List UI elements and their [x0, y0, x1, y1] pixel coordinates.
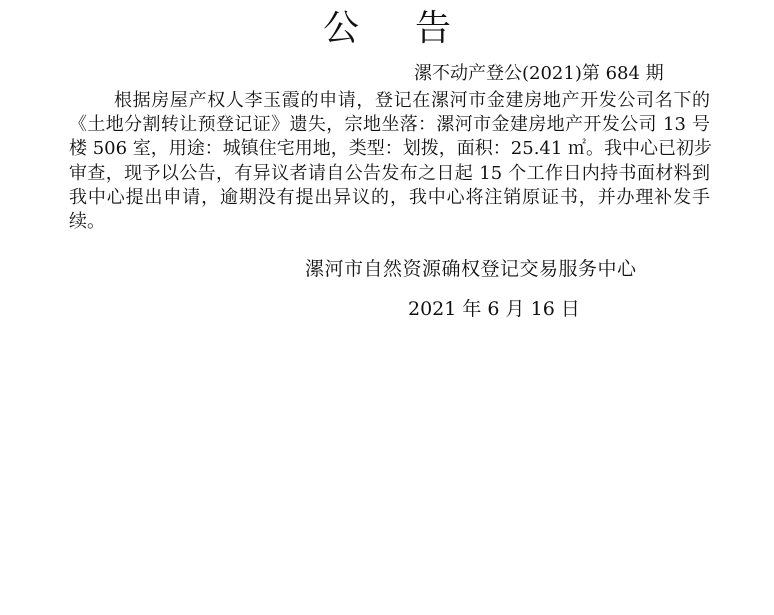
body-line: 我中心提出申请，逾期没有提出异议的，我中心将注销原证书，并办理补发手 — [69, 186, 710, 210]
issue-date: 2021 年 6 月 16 日 — [408, 296, 580, 322]
document-number: 漯不动产登公(2021)第 684 期 — [414, 62, 664, 86]
notice-body: 根据房屋产权人李玉霞的申请，登记在漯河市金建房地产开发公司名下的 《土地分割转让… — [69, 89, 710, 234]
title-char-1: 公 — [323, 6, 359, 52]
page-title: 公告 — [0, 6, 774, 52]
body-line: 《土地分割转让预登记证》遗失，宗地坐落：漯河市金建房地产开发公司 13 号 — [69, 113, 710, 137]
body-line: 续。 — [69, 210, 710, 234]
title-char-2: 告 — [415, 6, 451, 52]
body-line: 楼 506 室，用途：城镇住宅用地，类型：划拨，面积：25.41 ㎡。我中心已初… — [69, 137, 710, 161]
issuing-authority: 漯河市自然资源确权登记交易服务中心 — [305, 256, 637, 282]
body-line: 审查，现予以公告，有异议者请自公告发布之日起 15 个工作日内持书面材料到 — [69, 162, 710, 186]
body-line: 根据房屋产权人李玉霞的申请，登记在漯河市金建房地产开发公司名下的 — [69, 89, 710, 113]
